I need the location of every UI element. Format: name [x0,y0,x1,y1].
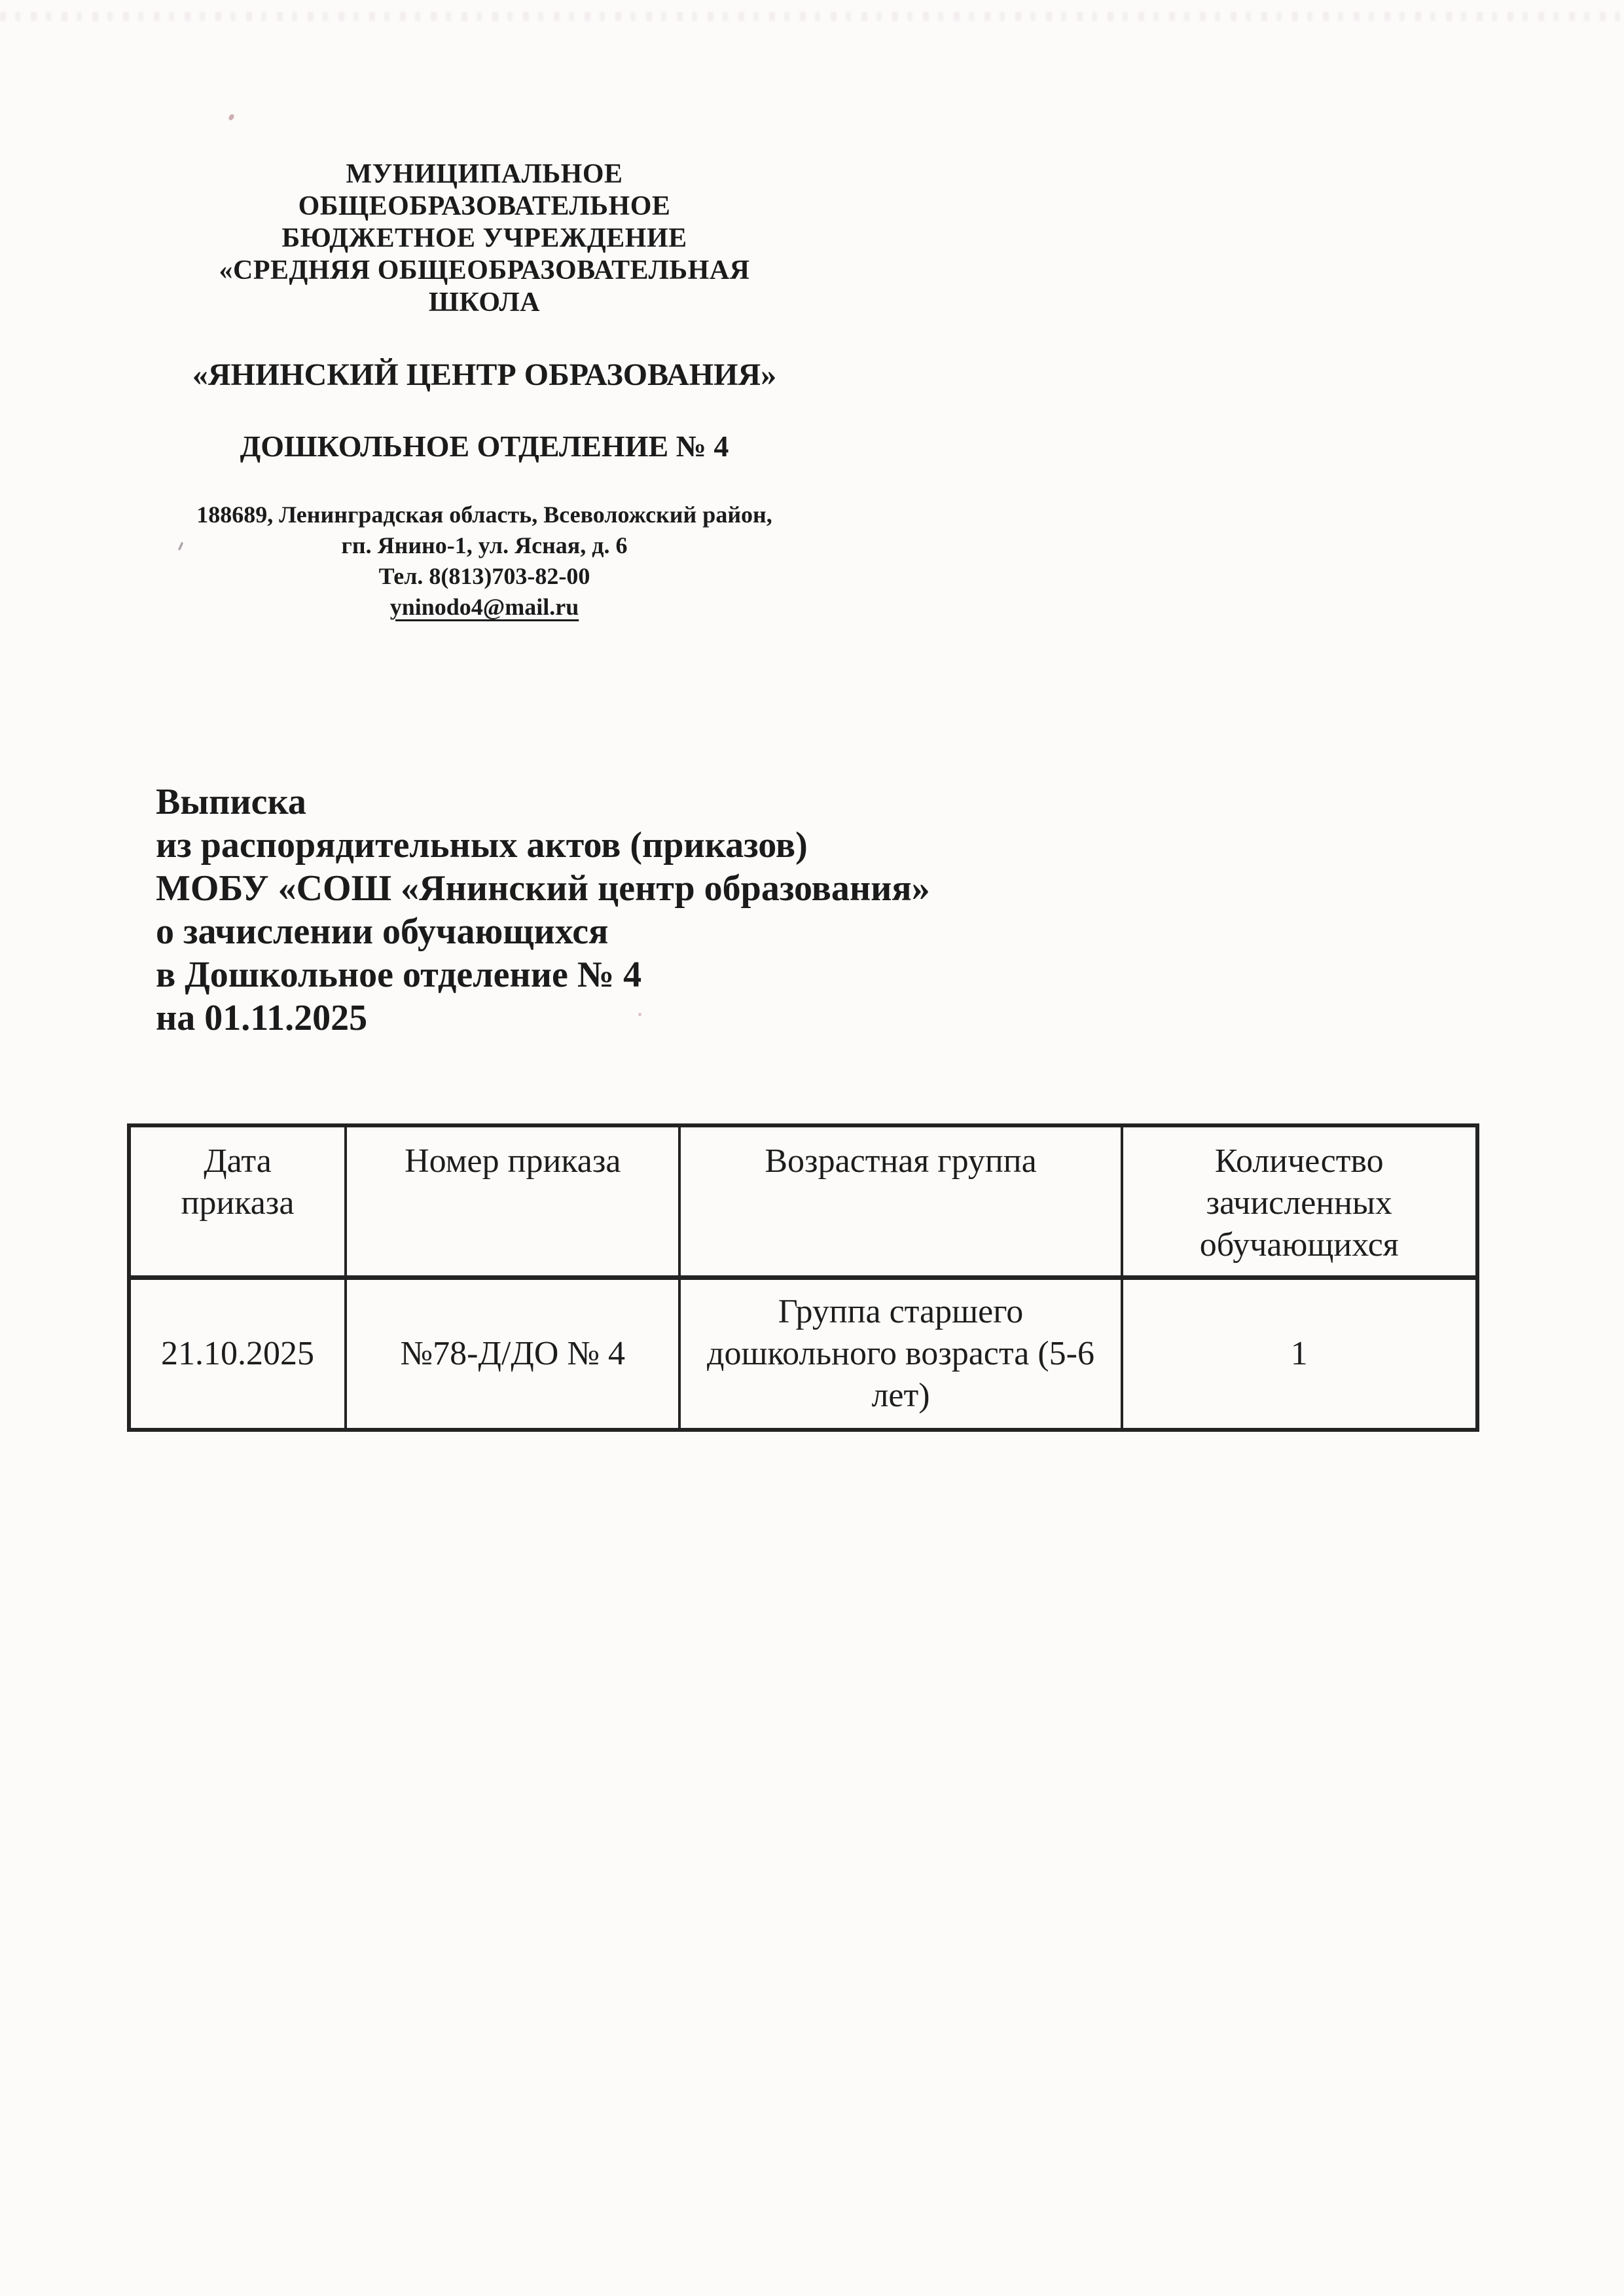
education-center-name: «ЯНИНСКИЙ ЦЕНТР ОБРАЗОВАНИЯ» [164,357,805,393]
org-name-line: ОБЩЕОБРАЗОВАТЕЛЬНОЕ [164,191,805,223]
cell-age-group: Группа старшего дошкольного возраста (5-… [679,1278,1121,1430]
title-line-acts: из распорядительных актов (приказов) [156,824,1203,867]
org-name-line: ШКОЛА [164,287,805,319]
email-text: yninodo4@mail.ru [164,592,805,623]
scanned-document-page: МУНИЦИПАЛЬНОЕ ОБЩЕОБРАЗОВАТЕЛЬНОЕ БЮДЖЕТ… [0,0,1624,2296]
org-name-line: «СРЕДНЯЯ ОБЩЕОБРАЗОВАТЕЛЬНАЯ [164,255,805,287]
title-line-school: МОБУ «СОШ «Янинский центр образования» [156,867,1203,910]
org-name-line: МУНИЦИПАЛЬНОЕ [164,158,805,191]
scan-artifact-speck [228,113,235,121]
letterhead: МУНИЦИПАЛЬНОЕ ОБЩЕОБРАЗОВАТЕЛЬНОЕ БЮДЖЕТ… [164,158,805,623]
preschool-division-name: ДОШКОЛЬНОЕ ОТДЕЛЕНИЕ № 4 [164,429,805,464]
header-cell-age-group: Возрастная группа [679,1125,1121,1278]
title-line-vypiska: Выписка [156,780,1203,824]
org-name: МУНИЦИПАЛЬНОЕ ОБЩЕОБРАЗОВАТЕЛЬНОЕ БЮДЖЕТ… [164,158,805,319]
address-block: 188689, Ленинградская область, Всеволожс… [164,500,805,623]
header-cell-enrolled-count: Количество зачисленных обучающихся [1122,1125,1477,1278]
title-line-division: в Дошкольное отделение № 4 [156,953,1203,996]
address-line-2: гп. Янино-1, ул. Ясная, д. 6 [164,530,805,561]
address-line-1: 188689, Ленинградская область, Всеволожс… [164,500,805,530]
header-cell-order-number: Номер приказа [346,1125,679,1278]
phone-line: Тел. 8(813)703-82-00 [164,561,805,592]
org-name-line: БЮДЖЕТНОЕ УЧРЕЖДЕНИЕ [164,223,805,255]
cell-order-date: 21.10.2025 [129,1278,346,1430]
table-row: 21.10.2025 №78-Д/ДО № 4 Группа старшего … [129,1278,1477,1430]
cell-order-number: №78-Д/ДО № 4 [346,1278,679,1430]
scanner-noise-band [0,12,1624,21]
enrollment-orders-table: Дата приказа Номер приказа Возрастная гр… [127,1123,1479,1432]
title-line-enrollment: о зачислении обучающихся [156,910,1203,953]
document-title: Выписка из распорядительных актов (прика… [156,780,1203,1040]
table-header-row: Дата приказа Номер приказа Возрастная гр… [129,1125,1477,1278]
cell-enrolled-count: 1 [1122,1278,1477,1430]
header-cell-order-date: Дата приказа [129,1125,346,1278]
title-line-date: на 01.11.2025 [156,996,1203,1040]
